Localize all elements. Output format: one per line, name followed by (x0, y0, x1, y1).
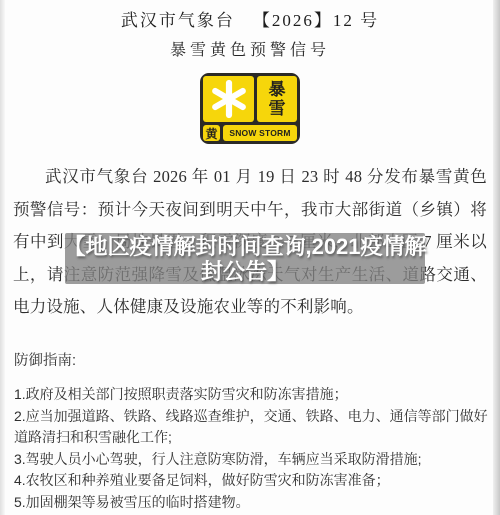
defense-guide-item: 2.应当加强道路、铁路、线路巡查维护，交通、铁路、电力、通信等部门做好道路清扫和… (14, 406, 492, 449)
warning-signal-title: 暴雪黄色预警信号 (0, 41, 500, 60)
snowstorm-yellow-warning-sign: 暴 雪 黄 SNOW STORM (200, 73, 300, 144)
defense-guide-item: 3.驾驶人员小心驾驶，行人注意防寒防滑，车辆应当采取防滑措施; (14, 449, 492, 471)
sign-name-char-bottom: 雪 (269, 99, 286, 118)
watermark-line-1: 【地区疫情解封时间查询,2021疫情解 (63, 234, 426, 259)
page-right-edge-shade (493, 0, 500, 515)
agency-name: 武汉市气象台 (121, 11, 235, 30)
defense-guide-item: 1.政府及相关部门按照职责落实防雪灾和防冻害措施； (14, 384, 492, 406)
sign-name-vertical: 暴 雪 (257, 76, 297, 122)
defense-guide-item: 4.农牧区和种养殖业要备足饲料，做好防雪灾和防冻害准备； (14, 470, 492, 492)
snowflake-icon (203, 76, 254, 122)
defense-guide-section: 防御指南: 1.政府及相关部门按照职责落实防雪灾和防冻害措施； 2.应当加强道路… (14, 353, 492, 513)
sign-english-label: SNOW STORM (223, 125, 297, 141)
defense-guide-heading: 防御指南: (14, 353, 492, 369)
doc-number: 【2026】12 号 (253, 11, 379, 30)
document-header: 武汉市气象台【2026】12 号 暴雪黄色预警信号 (0, 0, 500, 60)
page-left-edge-shade (0, 0, 5, 515)
sign-level-badge: 黄 (203, 125, 220, 141)
defense-guide-item: 5.加固棚架等易被雪压的临时搭建物。 (14, 492, 492, 514)
sign-name-char-top: 暴 (269, 80, 286, 99)
watermark-overlay: 【地区疫情解封时间查询,2021疫情解 封公告】 (65, 233, 425, 284)
document-title: 武汉市气象台【2026】12 号 (0, 11, 500, 31)
watermark-line-2: 封公告】 (201, 259, 289, 284)
